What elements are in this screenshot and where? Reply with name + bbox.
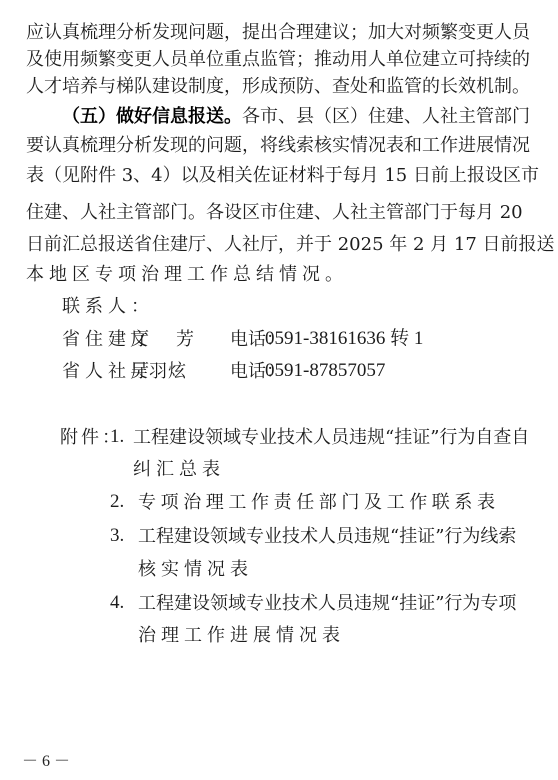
paragraph-line: 日前汇总报送省住建厅、人社厅，并于 2025 年 2 月 17 日前报送 — [26, 233, 518, 257]
section-heading: （五）做好信息报送。 — [62, 106, 242, 127]
paragraph-line: 表（见附件 3、4）以及相关佐证材料于每月 15 日前上报设区市 — [26, 164, 518, 188]
section-five-first-line: （五）做好信息报送。各市、县（区）住建、人社主管部门 — [62, 105, 518, 129]
contacts-label: 联系人： — [62, 295, 154, 319]
attachment-number: 2. — [110, 490, 124, 514]
contact-phone: 0591-38161636 转 1 — [265, 327, 423, 351]
attachment-number: 3. — [110, 524, 124, 548]
contact-phone: 0591-87857057 — [265, 359, 385, 383]
paragraph-line: 应认真梳理分析发现问题，提出合理建议；加大对频繁变更人员 — [26, 21, 518, 45]
paragraph-line: 本地区专项治理工作总结情况。 — [26, 263, 348, 287]
contact-name: 文 芳 — [130, 328, 199, 352]
attachment-title: 工程建设领域专业技术人员违规“挂证”行为自查自 — [133, 426, 518, 450]
page-number: － 6 － — [22, 752, 70, 772]
attachment-title-cont: 治理工作进展情况表 — [138, 624, 345, 648]
paragraph-line: 人才培养与梯队建设制度，形成预防、查处和监管的长效机制。 — [26, 75, 518, 99]
attachment-title: 专项治理工作责任部门及工作联系表 — [138, 491, 500, 515]
attachment-number: 1. — [110, 425, 124, 449]
attachment-title-cont: 纠汇总表 — [133, 458, 225, 482]
paragraph-line: 要认真梳理分析发现的问题，将线索核实情况表和工作进展情况 — [26, 134, 518, 158]
attachment-title: 工程建设领域专业技术人员违规“挂证”行为专项 — [138, 592, 510, 616]
paragraph-line: 及使用频繁变更人员单位重点监管；推动用人单位建立可持续的 — [26, 48, 518, 72]
attachment-title-cont: 核实情况表 — [138, 558, 253, 582]
attachment-title: 工程建设领域专业技术人员违规“挂证”行为线索 — [138, 525, 510, 549]
section-text: 各市、县（区）住建、人社主管部门 — [242, 106, 530, 127]
paragraph-line: 住建、人社主管部门。各设区市住建、人社主管部门于每月 20 — [26, 201, 518, 225]
contact-name: 吴羽炫 — [130, 360, 187, 384]
attachment-number: 4. — [110, 591, 124, 615]
